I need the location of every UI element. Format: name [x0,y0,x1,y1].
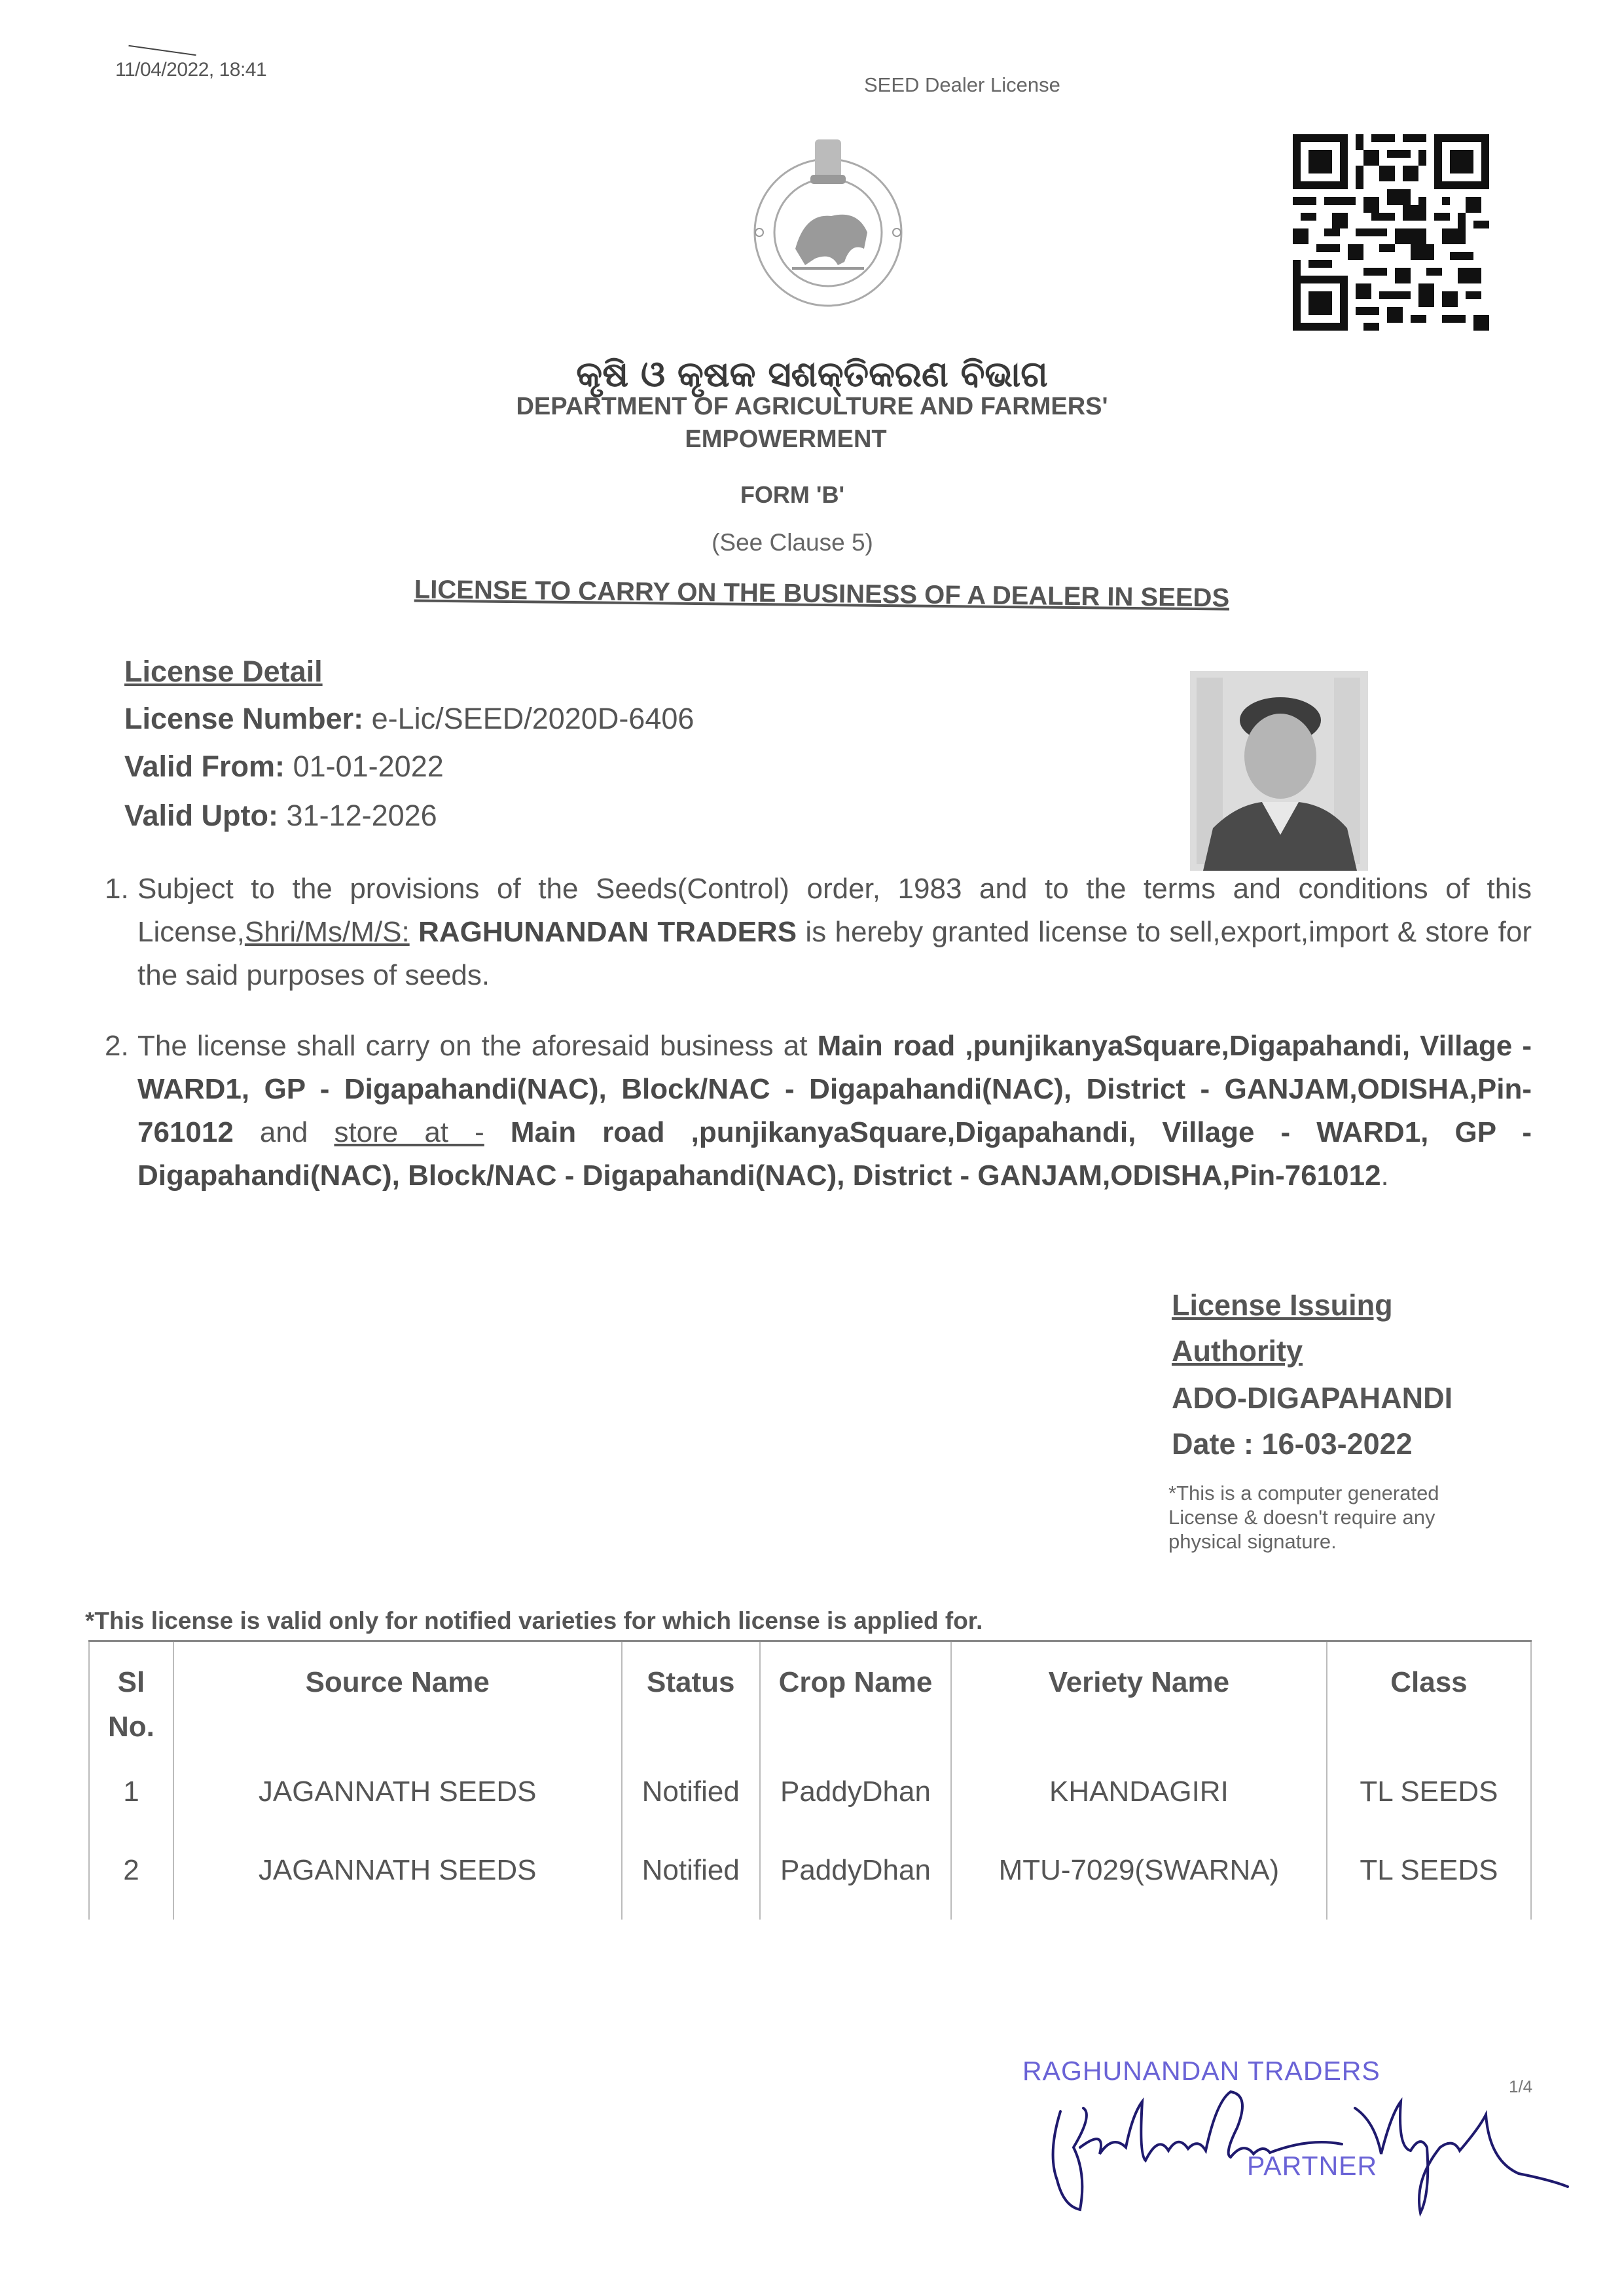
license-number-row: License Number: e-Lic/SEED/2020D-6406 [124,702,694,736]
column-header-crop-name: Crop Name [760,1641,951,1763]
form-label: FORM 'B' [0,481,1604,509]
department-name-line2: EMPOWERMENT [0,426,1598,454]
document-title: LICENSE TO CARRY ON THE BUSINESS OF A DE… [10,571,1624,617]
page-header-title: SEED Dealer License [864,73,1060,97]
cell-source-name: JAGANNATH SEEDS [173,1762,622,1841]
cell-status: Notified [622,1841,760,1920]
valid-from-value: 01-01-2022 [293,750,444,783]
cell-status: Notified [622,1762,760,1841]
licensee-photo-icon [1190,671,1368,871]
varieties-table: Sl No. Source Name Status Crop Name Veri… [88,1640,1532,1920]
clause-2: 2. The license shall carry on the afores… [105,1025,1532,1197]
computer-generated-note: *This is a computer generated License & … [1168,1481,1509,1554]
qr-code-icon [1293,134,1489,331]
cell-sl-no: 2 [89,1841,173,1920]
column-header-status: Status [622,1641,760,1763]
issuing-authority-name: ADO-DIGAPAHANDI [1172,1381,1453,1415]
valid-from-label: Valid From: [124,750,285,783]
cell-class: TL SEEDS [1327,1841,1531,1920]
cell-variety-name: MTU-7029(SWARNA) [951,1841,1327,1920]
table-row: 1 JAGANNATH SEEDS Notified PaddyDhan KHA… [89,1762,1531,1841]
column-header-class: Class [1327,1641,1531,1763]
licensee-name: RAGHUNANDAN TRADERS [418,916,797,948]
varieties-note: *This license is valid only for notified… [85,1607,983,1635]
column-header-sl-no: Sl No. [89,1641,173,1763]
cell-crop-name: PaddyDhan [760,1762,951,1841]
clause-2-and: and [260,1116,308,1148]
signature-icon [1034,2075,1571,2219]
pen-mark [128,45,196,56]
clause-2-text: The license shall carry on the aforesaid… [137,1030,807,1062]
license-number-value: e-Lic/SEED/2020D-6406 [372,702,695,735]
issue-date: Date : 16-03-2022 [1172,1427,1413,1461]
valid-upto-row: Valid Upto: 31-12-2026 [124,799,437,833]
cell-variety-name: KHANDAGIRI [951,1762,1327,1841]
column-header-variety-name: Veriety Name [951,1641,1327,1763]
clause-2-end: . [1381,1159,1389,1192]
clause-1-title-label: Shri/Ms/M/S: [245,916,410,948]
department-name-odia: କୃଷି ଓ କୃଷକ ସଶକ୍ତିକରଣ ବିଭାଗ [0,354,1624,395]
issuing-authority-label-2: Authority [1172,1334,1303,1368]
table-header-row: Sl No. Source Name Status Crop Name Veri… [89,1641,1531,1763]
cell-source-name: JAGANNATH SEEDS [173,1841,622,1920]
license-number-label: License Number: [124,702,363,735]
clause-2-number: 2. [105,1025,129,1068]
issuing-authority-label-1: License Issuing [1172,1288,1393,1322]
table-row: 2 JAGANNATH SEEDS Notified PaddyDhan MTU… [89,1841,1531,1920]
clause-1-number: 1. [105,867,129,911]
valid-from-row: Valid From: 01-01-2022 [124,750,444,784]
cell-crop-name: PaddyDhan [760,1841,951,1920]
department-name-line1: DEPARTMENT OF AGRICULTURE AND FARMERS' [0,393,1624,421]
odisha-emblem-icon [733,134,923,311]
valid-upto-label: Valid Upto: [124,799,278,832]
valid-upto-value: 31-12-2026 [287,799,437,832]
clause-1: 1. Subject to the provisions of the Seed… [105,867,1532,997]
cell-sl-no: 1 [89,1762,173,1841]
clause-reference: (See Clause 5) [0,529,1604,556]
license-detail-heading: License Detail [124,655,323,689]
print-timestamp: 11/04/2022, 18:41 [115,59,266,81]
cell-class: TL SEEDS [1327,1762,1531,1841]
store-at-label: store at - [334,1116,484,1148]
column-header-source-name: Source Name [173,1641,622,1763]
